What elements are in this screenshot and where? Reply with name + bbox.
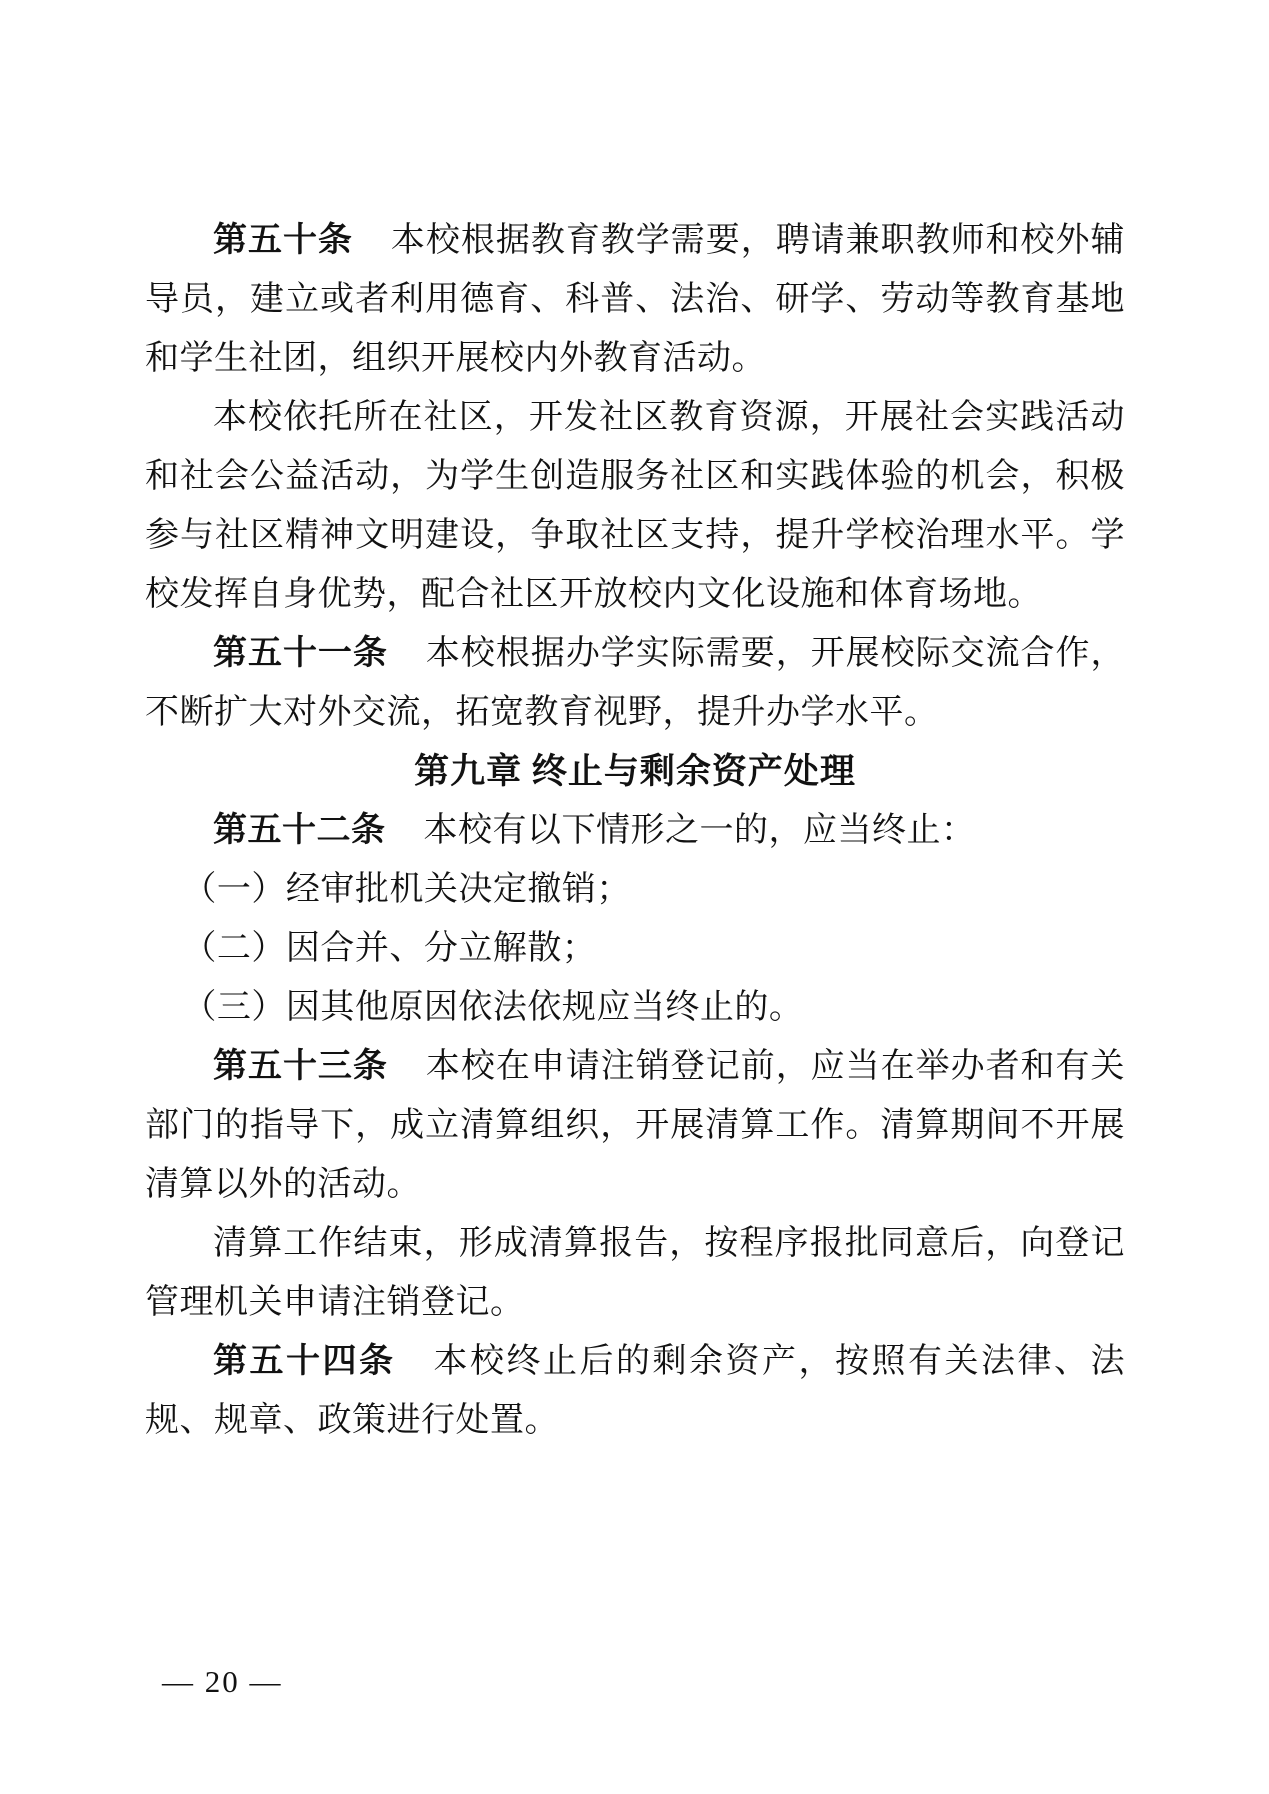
article-number-label: 第五十一条 [213, 635, 426, 672]
list-item-text: （二）因合并、分立解散； [182, 930, 596, 967]
article-paragraph-51: 第五十一条本校根据办学实际需要，开展校际交流合作，不断扩大对外交流，拓宽教育视野… [145, 624, 1125, 742]
article-paragraph-54: 第五十四条本校终止后的剩余资产，按照有关法律、法规、规章、政策进行处置。 [145, 1332, 1125, 1450]
page-number: — 20 — [162, 1662, 283, 1702]
article-paragraph-53: 第五十三条本校在申请注销登记前，应当在举办者和有关部门的指导下，成立清算组织，开… [145, 1037, 1125, 1214]
body-paragraph: 清算工作结束，形成清算报告，按程序报批同意后，向登记管理机关申请注销登记。 [145, 1214, 1125, 1332]
document-body: 第五十条本校根据教育教学需要，聘请兼职教师和校外辅导员，建立或者利用德育、科普、… [145, 211, 1125, 1450]
article-number-label: 第五十四条 [213, 1343, 434, 1380]
article-number-label: 第五十条 [213, 222, 391, 259]
list-item-2: （二）因合并、分立解散； [145, 919, 1125, 978]
chapter-heading: 第九章 终止与剩余资产处理 [145, 742, 1125, 801]
list-item-text: （一）经审批机关决定撤销； [182, 871, 631, 908]
article-number-label: 第五十三条 [213, 1048, 426, 1085]
list-item-3: （三）因其他原因依法依规应当终止的。 [145, 978, 1125, 1037]
article-paragraph-52: 第五十二条本校有以下情形之一的，应当终止： [145, 801, 1125, 860]
list-item-1: （一）经审批机关决定撤销； [145, 860, 1125, 919]
article-text: 本校有以下情形之一的，应当终止： [424, 812, 976, 849]
paragraph-text: 本校依托所在社区，开发社区教育资源，开展社会实践活动和社会公益活动，为学生创造服… [145, 399, 1125, 613]
document-page: 第五十条本校根据教育教学需要，聘请兼职教师和校外辅导员，建立或者利用德育、科普、… [0, 0, 1269, 1794]
paragraph-text: 清算工作结束，形成清算报告，按程序报批同意后，向登记管理机关申请注销登记。 [145, 1225, 1125, 1321]
body-paragraph: 本校依托所在社区，开发社区教育资源，开展社会实践活动和社会公益活动，为学生创造服… [145, 388, 1125, 624]
article-paragraph-50: 第五十条本校根据教育教学需要，聘请兼职教师和校外辅导员，建立或者利用德育、科普、… [145, 211, 1125, 388]
article-number-label: 第五十二条 [213, 812, 424, 849]
list-item-text: （三）因其他原因依法依规应当终止的。 [182, 989, 803, 1026]
